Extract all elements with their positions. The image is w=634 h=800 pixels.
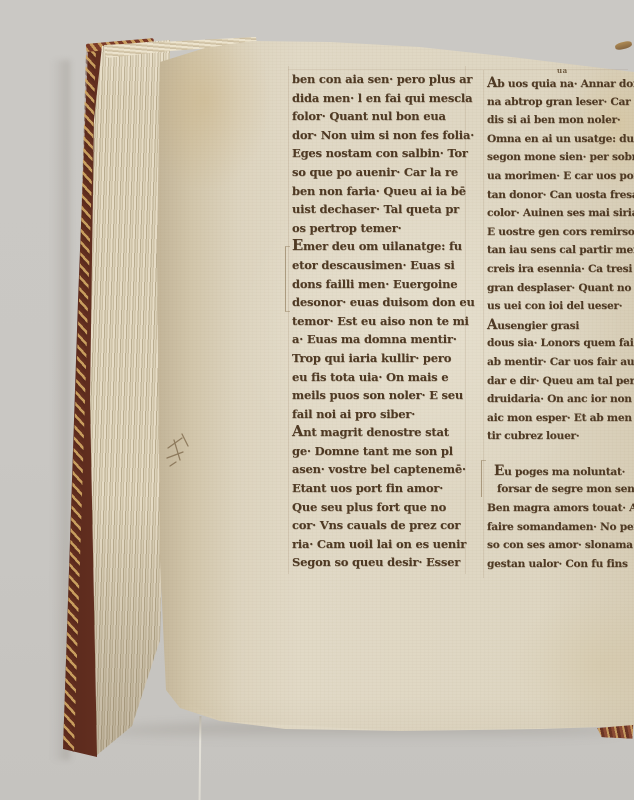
manuscript-text-line: tan iau sens cal partir men: [487, 241, 632, 260]
stanza-block: Ausengier grasidous sia· Lonors quem fai…: [487, 316, 632, 446]
stanza-block: Ant magrit denostre statge· Domne tant m…: [292, 423, 468, 572]
manuscript-text-line: E uostre gen cors remirso: [487, 223, 632, 242]
right-text-column: Ab uos quia na· Annar donna abtrop gran …: [487, 74, 632, 573]
stanza-block: Ab uos quia na· Annar donna abtrop gran …: [487, 74, 632, 316]
manuscript-text-line: ben non faria· Queu ai ia bē: [292, 182, 468, 201]
manuscript-text-line: dor· Non uim si non fes folia·: [292, 126, 468, 145]
manuscript-text-line: ria· Cam uoil lai on es uenir: [292, 535, 468, 554]
manuscript-text-line: Ausengier grasi: [487, 316, 632, 335]
manuscript-text-line: asen· vostre bel captenemē·: [292, 460, 468, 479]
manuscript-text-line: Ant magrit denostre stat: [292, 423, 468, 442]
manuscript-text-line: Que seu plus fort que no: [292, 498, 468, 517]
manuscript-text-line: fail noi ai pro siber·: [292, 405, 468, 424]
manuscript-text-line: Emer deu om uilanatge: fu: [292, 237, 468, 256]
manuscript-book: ben con aia sen· pero plus ardida men· l…: [0, 0, 634, 800]
manuscript-text-line: uist dechaser· Tal queta pr: [292, 200, 468, 219]
manuscript-text-line: forsar de segre mon sen·: [487, 480, 632, 499]
ruling-line: [288, 66, 289, 574]
manuscript-text-line: druidaria· On anc ior non: [487, 390, 632, 409]
manuscript-text-line: color· Auinen ses mai siria·: [487, 204, 632, 223]
hanging-thread: [199, 716, 201, 800]
manuscript-text-line: Eges nostam con salbin· Tor: [292, 144, 468, 163]
manuscript-text-line: so con ses amor· slonama: [487, 536, 632, 555]
manuscript-text-line: faire somandamen· No per: [487, 518, 632, 537]
ruling-line: [483, 70, 484, 578]
manuscript-text-line: Ben magra amors touat· A: [487, 499, 632, 518]
manuscript-text-line: Etant uos port fin amor·: [292, 479, 468, 498]
manuscript-text-line: dous sia· Lonors quem fai: [487, 334, 632, 353]
photo-background: ben con aia sen· pero plus ardida men· l…: [0, 0, 634, 800]
manuscript-text-line: aic mon esper· Et ab men: [487, 409, 632, 428]
manuscript-text-line: Segon so queu desir· Esser: [292, 553, 468, 572]
manuscript-text-line: us uei con ioi del ueser·: [487, 297, 632, 316]
manuscript-text-line: folor· Quant nul bon eua: [292, 107, 468, 126]
manuscript-text-line: ab mentir· Car uos fair au: [487, 353, 632, 372]
margin-bracket: [285, 246, 290, 312]
manuscript-text-line: na abtrop gran leser· Car: [487, 93, 632, 112]
manuscript-text-line: ge· Domne tant me son pl: [292, 442, 468, 461]
manuscript-text-line: desonor· euas duisom don eu: [292, 293, 468, 312]
left-text-column: ben con aia sen· pero plus ardida men· l…: [292, 70, 468, 572]
margin-scribble-mark: [162, 426, 204, 476]
interlinear-correction: ua: [557, 66, 568, 75]
manuscript-text-line: tir cubrez louer·: [487, 427, 632, 446]
stanza-block: Eu poges ma noluntat·forsar de segre mon…: [487, 462, 632, 574]
manuscript-text-line: dons failli men· Euergoine: [292, 275, 468, 294]
manuscript-text-line: segon mone sien· per sobr: [487, 148, 632, 167]
manuscript-text-line: so que po auenir· Car la re: [292, 163, 468, 182]
manuscript-text-line: temor· Est eu aiso non te mi: [292, 312, 468, 331]
manuscript-text-line: Ab uos quia na· Annar don: [487, 74, 632, 93]
manuscript-text-line: Eu poges ma noluntat·: [487, 462, 632, 481]
stanza-block: Emer deu om uilanatge: fuetor descausime…: [292, 237, 468, 423]
manuscript-text-line: os pertrop temer·: [292, 219, 468, 238]
manuscript-text-line: gran desplaser· Quant no: [487, 279, 632, 298]
stanza-block: ben con aia sen· pero plus ardida men· l…: [292, 70, 468, 237]
manuscript-text-line: gestan ualor· Con fu fins: [487, 555, 632, 574]
manuscript-text-line: dis si ai ben mon noler·: [487, 111, 632, 130]
manuscript-text-line: a· Euas ma domna mentir·: [292, 330, 468, 349]
manuscript-text-line: Omna en ai un usatge: duo: [487, 130, 632, 149]
manuscript-text-line: dar e dir· Queu am tal per: [487, 372, 632, 391]
manuscript-text-line: ben con aia sen· pero plus ar: [292, 70, 468, 89]
manuscript-text-line: meils puos son noler· E seu: [292, 386, 468, 405]
manuscript-text-line: tan donor· Can uosta fresa: [487, 186, 632, 205]
binding-corner-top-right: [614, 40, 632, 51]
manuscript-text-line: etor descausimen· Euas si: [292, 256, 468, 275]
manuscript-text-line: cor· Vns cauals de prez cor: [292, 516, 468, 535]
manuscript-text-line: Trop qui iaria kullir· pero: [292, 349, 468, 368]
manuscript-text-line: creis ira esennia· Ca tresi na: [487, 260, 632, 279]
manuscript-text-line: dida men· l en fai qui mescla: [292, 89, 468, 108]
margin-bracket: [481, 460, 486, 497]
manuscript-text-line: ua morimen· E car uos por: [487, 167, 632, 186]
manuscript-text-line: eu fis tota uia· On mais e: [292, 368, 468, 387]
